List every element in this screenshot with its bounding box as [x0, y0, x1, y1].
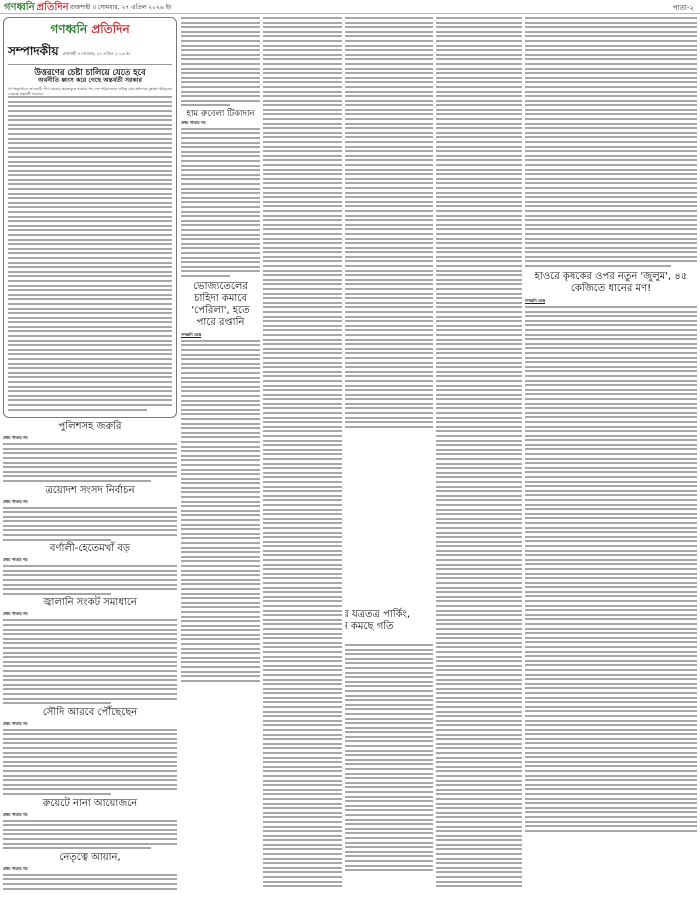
- article-body: [3, 729, 177, 795]
- editorial-box: গণধ্বনি প্রতিদিন সম্পাদকীয় রাজশাহী ॥ সো…: [3, 17, 177, 418]
- editorial-date: রাজশাহী ॥ সোমবার, ২৭ এপ্রিল ২০২৬ ইং: [63, 51, 131, 58]
- article-body: [3, 507, 177, 541]
- article-energy: জ্বালানি সংকট সমাধানে প্রথম পাতার পর: [3, 597, 177, 704]
- article-headline: পুলিশসহ জরুরি: [3, 421, 177, 433]
- column-1: গণধ্বনি প্রতিদিন সম্পাদকীয় রাজশাহী ॥ সো…: [3, 17, 177, 908]
- continued-body: [345, 17, 433, 428]
- page-number: পাতা-২: [673, 2, 694, 14]
- article-headline: ভোজ্যতেলের চাহিদা কমাবে 'পেরিলা', হতে পা…: [181, 281, 260, 329]
- article-haor: হাওরে কৃষকের ওপর নতুন 'জুলুম', ৪৫ কেজিতে…: [525, 271, 697, 832]
- continued-body: [263, 17, 342, 887]
- editorial-lead: গণ-অভ্যুত্থানে আওয়ামী লীগ সরকার ক্ষমতাচ…: [8, 87, 172, 96]
- article-headline: হাওরে কৃষকের ওপর নতুন 'জুলুম', ৪৫ কেজিতে…: [525, 271, 697, 295]
- article-headline: জ্বালানি সংকট সমাধানে: [3, 597, 177, 609]
- article-headline: হাম রুবেলা টিকাদান: [181, 109, 260, 119]
- article-byline: গণধ্বনি ডেস্ক: [525, 298, 697, 305]
- article-headline: সড়ক দখল করে যত্রতত্র পার্কিং, নগরজীবনে …: [345, 609, 433, 633]
- article-ruet: রুয়েটে নানা আয়োজনে প্রথম পাতার পর: [3, 798, 177, 850]
- continued-body: [181, 17, 260, 106]
- article-kicker: প্রথম পাতার পর: [3, 721, 177, 728]
- article-parking: সড়ক দখল করে যত্রতত্র পার্কিং, নগরজীবনে …: [345, 605, 433, 874]
- article-leadership: নেতৃত্বে আয়ান, প্রথম পাতার পর: [3, 852, 177, 890]
- article-perilla: ভোজ্যতেলের চাহিদা কমাবে 'পেরিলা', হতে পা…: [181, 281, 260, 682]
- article-body: [181, 340, 260, 682]
- article-body: [181, 128, 260, 277]
- article-kicker: প্রথম পাতার পর: [3, 435, 177, 442]
- article-body: [345, 644, 433, 871]
- article-kicker: প্রথম পাতার পর: [3, 499, 177, 506]
- article-body: [525, 306, 697, 832]
- article-road: বর্ণালী-হেতেমখাঁ বড় প্রথম পাতার পর: [3, 543, 177, 595]
- article-byline: গণধ্বনি ডেস্ক: [181, 332, 260, 339]
- continued-body: [436, 17, 522, 887]
- article-kicker: প্রথম পাতার পর: [3, 611, 177, 618]
- editorial-subheadline: অর্থনীতি ধ্বংস করে গেছে অন্তর্বর্তী সরকা…: [8, 77, 172, 85]
- page-masthead: গণধ্বনি প্রতিদিন রাজশাহী ॥ সোমবার, ২৭ এপ…: [0, 0, 700, 14]
- article-kicker: প্রথম পাতার পর: [3, 812, 177, 819]
- article-headline: রুয়েটে নানা আয়োজনে: [3, 798, 177, 810]
- logo-text-protidin: প্রতিদিন: [37, 0, 69, 17]
- article-body: [3, 874, 177, 890]
- column-2: হাম রুবেলা টিকাদান প্রথম পাতার পর ভোজ্যত…: [181, 17, 260, 908]
- article-body: [3, 565, 177, 595]
- article-headline: বর্ণালী-হেতেমখাঁ বড়: [3, 543, 177, 555]
- article-measles: হাম রুবেলা টিকাদান প্রথম পাতার পর: [181, 109, 260, 277]
- article-body: [3, 820, 177, 850]
- article-kicker: প্রথম পাতার পর: [3, 866, 177, 873]
- logo-text-gonodhoni: গণধ্বনি: [4, 0, 35, 17]
- column-6: হাওরে কৃষকের ওপর নতুন 'জুলুম', ৪৫ কেজিতে…: [525, 17, 697, 908]
- editorial-headline: উত্তরণের চেষ্টা চালিয়ে যেতে হবে: [8, 67, 172, 77]
- editorial-logo: গণধ্বনি প্রতিদিন: [8, 21, 172, 41]
- editorial-logo-red: প্রতিদিন: [91, 22, 129, 36]
- editorial-section-title: সম্পাদকীয়: [8, 43, 59, 63]
- article-byline: গণধ্বনি ডেস্ক: [345, 636, 433, 643]
- article-headline: ত্রয়োদশ সংসদ নির্বাচন: [3, 485, 177, 497]
- editorial-body: [8, 96, 172, 410]
- article-kicker: প্রথম পাতার পর: [3, 557, 177, 564]
- column-4: সড়ক দখল করে যত্রতত্র পার্কিং, নগরজীবনে …: [345, 17, 433, 908]
- article-headline: নেতৃত্বে আয়ান,: [3, 852, 177, 864]
- article-body: [3, 619, 177, 704]
- newspaper-logo: গণধ্বনি প্রতিদিন: [4, 0, 69, 13]
- masthead-date: রাজশাহী ॥ সোমবার, ২৭ এপ্রিল ২০২৬ ইং: [70, 2, 172, 13]
- article-kicker: প্রথম পাতার পর: [181, 120, 260, 127]
- column-5: [436, 17, 522, 908]
- article-election: ত্রয়োদশ সংসদ নির্বাচন প্রথম পাতার পর: [3, 485, 177, 541]
- article-police: পুলিশসহ জরুরি প্রথম পাতার পর: [3, 421, 177, 482]
- article-body: [3, 443, 177, 482]
- editorial-title-row: সম্পাদকীয় রাজশাহী ॥ সোমবার, ২৭ এপ্রিল ২…: [8, 43, 172, 65]
- article-headline: সৌদি আরবে পৌঁছেছেন: [3, 707, 177, 719]
- column-3: [263, 17, 342, 908]
- continued-body: [525, 17, 697, 267]
- article-saudi: সৌদি আরবে পৌঁছেছেন প্রথম পাতার পর: [3, 707, 177, 795]
- editorial-logo-green: গণধ্বনি: [50, 22, 87, 36]
